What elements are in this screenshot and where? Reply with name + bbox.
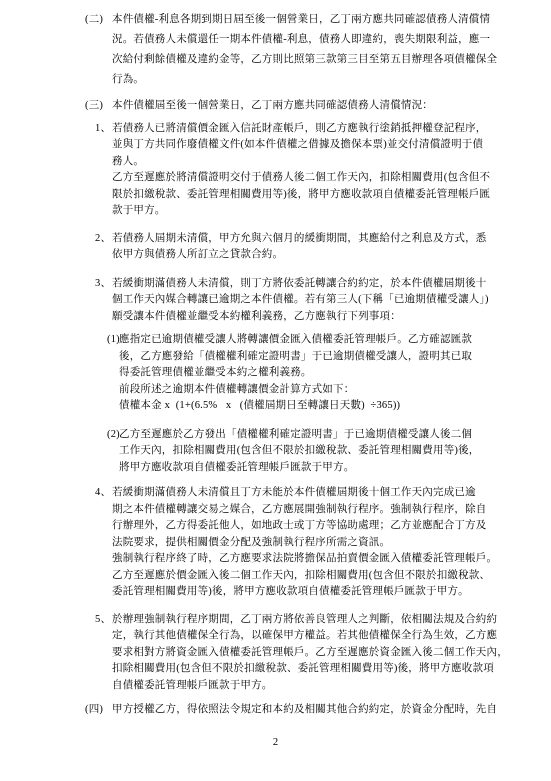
text-line: 限於扣繳稅款、委託管理相關費用等)後，將甲方應收款項自債權委託管理帳戶匯 — [112, 187, 551, 204]
clause-item: (1)應指定已逾期債權受讓人將轉讓價金匯入債權委託管理帳戶。乙方確認匯款後，乙方… — [0, 332, 551, 415]
clause-item: 3、若緩衝期滿債務人未清償，則丁方將依委託轉讓合約約定，於本件債權屆期後十個工作… — [0, 276, 551, 326]
text-line: 於辦理強制執行程序期間，乙丁兩方將依善良管理人之判斷，依相關法規及合約約 — [112, 612, 551, 629]
text-line: 乙方至遲應於價金匯入後二個工作天內，扣除相關費用(包含但不限於扣繳稅款、 — [112, 568, 551, 585]
text-line: 況。若債務人未償還任一期本件債權-利息，債務人即違約，喪失期限利益，應一 — [112, 30, 551, 50]
clause-body: 本件債權屆至後一個營業日，乙丁兩方應共同確認債務人清償情況： — [112, 98, 551, 115]
text-line: 自債權委託管理帳戶匯款于甲方。 — [112, 678, 551, 695]
clause-body: 甲方授權乙方，得依照法令規定和本約及相關其他合約約定，於資金分配時，先自 — [112, 702, 551, 719]
paragraph-gap — [0, 601, 551, 612]
clause-label: (三) — [85, 98, 103, 115]
text-line: 得委託管理債權並繼受本約之權利義務。 — [119, 365, 551, 382]
text-line: 願受讓本件債權並繼受本約權利義務，乙方應執行下列事項： — [112, 309, 551, 326]
clause-item: (二)本件債權-利息各期到期日屆至後一個營業日，乙丁兩方應共同確認債務人清償情況… — [0, 10, 551, 90]
text-line: 前段所述之逾期本件債權轉讓價金計算方式如下： — [119, 382, 551, 399]
clause-label: 3、 — [95, 276, 111, 293]
text-line: 本件債權屆至後一個營業日，乙丁兩方應共同確認債務人清償情況： — [112, 98, 551, 115]
text-line: 款于甲方。 — [112, 203, 551, 220]
text-line: 甲方授權乙方，得依照法令規定和本約及相關其他合約約定，於資金分配時，先自 — [112, 702, 551, 719]
clause-label: 4、 — [95, 485, 111, 502]
text-line: 要求相對方將資金匯入債權委託管理帳戶。乙方至遲應於資金匯入後二個工作天內， — [112, 645, 551, 662]
clause-body: 於辦理強制執行程序期間，乙丁兩方將依善良管理人之判斷，依相關法規及合約約定，執行… — [112, 612, 551, 695]
clause-label: (四) — [85, 702, 103, 719]
text-line: 若債務人屆期未清償，甲方允與六個月的緩衝期間，其應給付之利息及方式，悉 — [112, 231, 551, 248]
clause-label: (2) — [107, 427, 120, 444]
clause-body: 本件債權-利息各期到期日屆至後一個營業日，乙丁兩方應共同確認債務人清償情況。若債… — [112, 10, 551, 90]
clause-body: 應指定已逾期債權受讓人將轉讓價金匯入債權委託管理帳戶。乙方確認匯款後，乙方應發給… — [119, 332, 551, 415]
clause-item: 4、若緩衝期滿債務人未清償且丁方未能於本件債權屆期後十個工作天內完成已逾期之本件… — [0, 485, 551, 601]
text-line: 本件債權-利息各期到期日屆至後一個營業日，乙丁兩方應共同確認債務人清償情 — [112, 10, 551, 30]
text-line: 務人。 — [112, 154, 551, 171]
clause-body: 若債務人已將清償價金匯入信託財產帳戶，則乙方應執行塗銷抵押權登記程序，並與丁方共… — [112, 121, 551, 220]
text-line: 若緩衝期滿債務人未清償且丁方未能於本件債權屆期後十個工作天內完成已逾 — [112, 485, 551, 502]
text-line: 若緩衝期滿債務人未清償，則丁方將依委託轉讓合約約定，於本件債權屆期後十 — [112, 276, 551, 293]
clause-label: 1、 — [95, 121, 111, 138]
paragraph-gap — [0, 90, 551, 98]
text-line: 個工作天內媒合轉讓已逾期之本件債權。若有第三人(下稱「已逾期債權受讓人」) — [112, 292, 551, 309]
clause-label: 5、 — [95, 612, 111, 629]
clause-item: (四)甲方授權乙方，得依照法令規定和本約及相關其他合約約定，於資金分配時，先自 — [0, 702, 551, 719]
text-line: 將甲方應收款項自債權委託管理帳戶匯款于甲方。 — [119, 460, 551, 477]
clause-label: 2、 — [95, 231, 111, 248]
clause-body: 若緩衝期滿債務人未清償且丁方未能於本件債權屆期後十個工作天內完成已逾期之本件債權… — [112, 485, 551, 601]
text-line: 行為。 — [112, 70, 551, 90]
paragraph-gap — [0, 415, 551, 427]
clause-body: 若緩衝期滿債務人未清償，則丁方將依委託轉讓合約約定，於本件債權屆期後十個工作天內… — [112, 276, 551, 326]
document-content: (二)本件債權-利息各期到期日屆至後一個營業日，乙丁兩方應共同確認債務人清償情況… — [0, 10, 551, 719]
text-line: 工作天內，扣除相關費用(包含但不限於扣繳稅款、委託管理相關費用等)後， — [119, 443, 551, 460]
text-line: 後，乙方應發給「債權權利確定證明書」于已逾期債權受讓人，證明其已取 — [119, 349, 551, 366]
text-line: 行辦理外，乙方得委託他人，如地政士或丁方等協助處理；乙方並應配合丁方及 — [112, 518, 551, 535]
text-line: 若債務人已將清償價金匯入信託財產帳戶，則乙方應執行塗銷抵押權登記程序， — [112, 121, 551, 138]
text-line: 次給付剩餘債權及違約金等，乙方則比照第三款第三目至第五目辦理各項債權保全 — [112, 50, 551, 70]
text-line: 扣除相關費用(包含但不限於扣繳稅款、委託管理相關費用等)後，將甲方應收款項 — [112, 661, 551, 678]
paragraph-gap — [0, 220, 551, 231]
text-line: 應指定已逾期債權受讓人將轉讓價金匯入債權委託管理帳戶。乙方確認匯款 — [119, 332, 551, 349]
clause-label: (二) — [85, 10, 103, 30]
page-number: 2 — [0, 737, 551, 748]
paragraph-gap — [0, 264, 551, 276]
paragraph-gap — [0, 694, 551, 702]
text-line: 乙方至遲應於將清償證明交付于債務人後二個工作天內，扣除相關費用(包含但不 — [112, 170, 551, 187]
text-line: 定，執行其他債權保全行為，以確保甲方權益。若其他債權保全行為生效，乙方應 — [112, 628, 551, 645]
text-line: 並與丁方共同作廢債權文件(如本件債權之借據及擔保本票)並交付清償證明于債 — [112, 137, 551, 154]
clause-item: 5、於辦理強制執行程序期間，乙丁兩方將依善良管理人之判斷，依相關法規及合約約定，… — [0, 612, 551, 695]
clause-item: (2)乙方至遲應於乙方發出「債權權利確定證明書」于已逾期債權受讓人後二個工作天內… — [0, 427, 551, 477]
text-line: 依甲方與債務人所訂立之貸款合約。 — [112, 247, 551, 264]
text-line: 強制執行程序終了時，乙方應要求法院將擔保品拍賣價金匯入債權委託管理帳戶。 — [112, 551, 551, 568]
clause-item: (三)本件債權屆至後一個營業日，乙丁兩方應共同確認債務人清償情況： — [0, 98, 551, 115]
paragraph-gap — [0, 325, 551, 332]
document-page: (二)本件債權-利息各期到期日屆至後一個營業日，乙丁兩方應共同確認債務人清償情況… — [0, 0, 551, 781]
paragraph-gap — [0, 476, 551, 485]
clause-item: 1、若債務人已將清償價金匯入信託財產帳戶，則乙方應執行塗銷抵押權登記程序，並與丁… — [0, 121, 551, 220]
clause-body: 乙方至遲應於乙方發出「債權權利確定證明書」于已逾期債權受讓人後二個工作天內，扣除… — [119, 427, 551, 477]
clause-body: 若債務人屆期未清償，甲方允與六個月的緩衝期間，其應給付之利息及方式，悉依甲方與債… — [112, 231, 551, 264]
text-line: 債權本金 x (1+(6.5% x (債權屆期日至轉讓日天數) ÷365)) — [119, 398, 551, 415]
clause-item: 2、若債務人屆期未清償，甲方允與六個月的緩衝期間，其應給付之利息及方式，悉依甲方… — [0, 231, 551, 264]
text-line: 期之本件債權轉讓交易之媒合，乙方應展開強制執行程序。強制執行程序，除自 — [112, 502, 551, 519]
text-line: 乙方至遲應於乙方發出「債權權利確定證明書」于已逾期債權受讓人後二個 — [119, 427, 551, 444]
clause-label: (1) — [107, 332, 120, 349]
text-line: 法院要求，提供相關價金分配及強制執行程序所需之資訊。 — [112, 535, 551, 552]
text-line: 委託管理相關費用等)後，將甲方應收款項自債權委託管理帳戶匯款于甲方。 — [112, 584, 551, 601]
